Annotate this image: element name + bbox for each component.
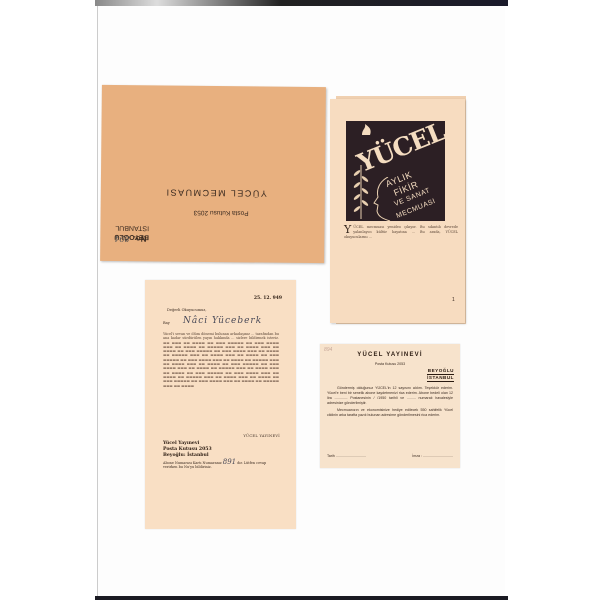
letter-greeting: Değerli Okuyucumuz,	[167, 308, 206, 312]
envelope: BEYOĞLU ISTANBUL Posta Kutusu 2053 YÜCEL…	[100, 85, 326, 263]
card-paragraph-2: Mecmuanızın ve ekonomisinize hediye edil…	[327, 408, 453, 418]
background-left	[0, 0, 95, 600]
envelope-city: ISTANBUL	[114, 223, 149, 232]
magazine-page-number: 1	[452, 297, 455, 303]
magazine-body: ÜCEL mecmuası yenideo çıkıyor. Bu sıkınt…	[344, 225, 458, 239]
card-paragraph-1: Göndermiş olduğunuz YÜCEL'in 12 sayısını…	[327, 386, 453, 406]
background-right	[508, 0, 600, 600]
letter: 25. 12. 949 Değerli Okuyucumuz, Bay Nâci…	[145, 280, 296, 529]
letter-date: 25. 12. 949	[254, 296, 282, 301]
letter-body-filler: ▬▬ ▬▬▬ ▬▬ ▬▬▬▬ ▬▬ ▬▬▬ ▬▬▬▬▬ ▬▬ ▬▬▬ ▬▬▬▬ …	[163, 341, 279, 388]
card-address: BEYOĞLU İSTANBUL	[427, 368, 454, 382]
profile-silhouette-icon	[368, 177, 398, 221]
letter-note-number: 891	[223, 458, 236, 466]
letter-body: Yücel'i sevan ve ölüm dönemi bulunan ark…	[163, 332, 279, 430]
scan-top-edge	[95, 0, 508, 6]
letter-address-line-3: Beyoğlu: İstanbul	[163, 453, 212, 459]
card-box: Posta Kutusu 2053	[320, 362, 460, 366]
card-date-field: Tarih ..............................	[327, 454, 366, 458]
envelope-box: Posta Kutusu 2053	[194, 209, 249, 217]
letter-address: Yücel Yayınevi Posta Kutusu 2053 Beyoğlu…	[163, 441, 212, 459]
scan-bottom-edge	[95, 596, 508, 600]
envelope-number: No.894	[114, 234, 146, 243]
envelope-number-label: No.	[134, 234, 147, 243]
magazine-cover-art: YÜCEL AYLIK FİKİR VE SANAT MECMUASI	[346, 121, 445, 221]
card-date-label: Tarih	[327, 454, 335, 458]
card-footer: Tarih .............................. İmz…	[327, 454, 453, 458]
letter-bay-label: Bay	[163, 321, 170, 325]
card-publisher: YÜCEL YAYINEVİ	[320, 352, 460, 358]
flame-icon	[360, 123, 374, 135]
envelope-print: BEYOĞLU ISTANBUL Posta Kutusu 2053 YÜCEL…	[100, 85, 326, 263]
card-signature-field: İmza : ..............................	[412, 454, 453, 458]
magazine-drop-cap: Y	[344, 225, 351, 235]
letter-signature: YÜCEL YAYINEVİ	[243, 434, 280, 438]
letter-body-text: Yücel'i sevan ve ölüm dönemi bulunan ark…	[163, 332, 279, 340]
letter-subscriber-note: Abone Numarası Kartı Numaranız 891 dır. …	[163, 460, 281, 470]
letter-recipient-handwritten: Nâci Yüceberk	[183, 316, 262, 326]
envelope-number-handwritten: 894	[114, 234, 129, 243]
card-signature-label: İmza	[412, 454, 420, 458]
card-district: BEYOĞLU	[427, 368, 454, 375]
magazine-intro-text: YÜCEL mecmuası yenideo çıkıyor. Bu sıkın…	[344, 225, 458, 241]
card-body: Göndermiş olduğunuz YÜCEL'in 12 sayısını…	[327, 386, 453, 417]
subscription-card: 894 YÜCEL YAYINEVİ Posta Kutusu 2053 BEY…	[320, 344, 460, 468]
envelope-addressee: YÜCEL MECMUASI	[165, 187, 267, 198]
card-city: İSTANBUL	[427, 375, 454, 382]
